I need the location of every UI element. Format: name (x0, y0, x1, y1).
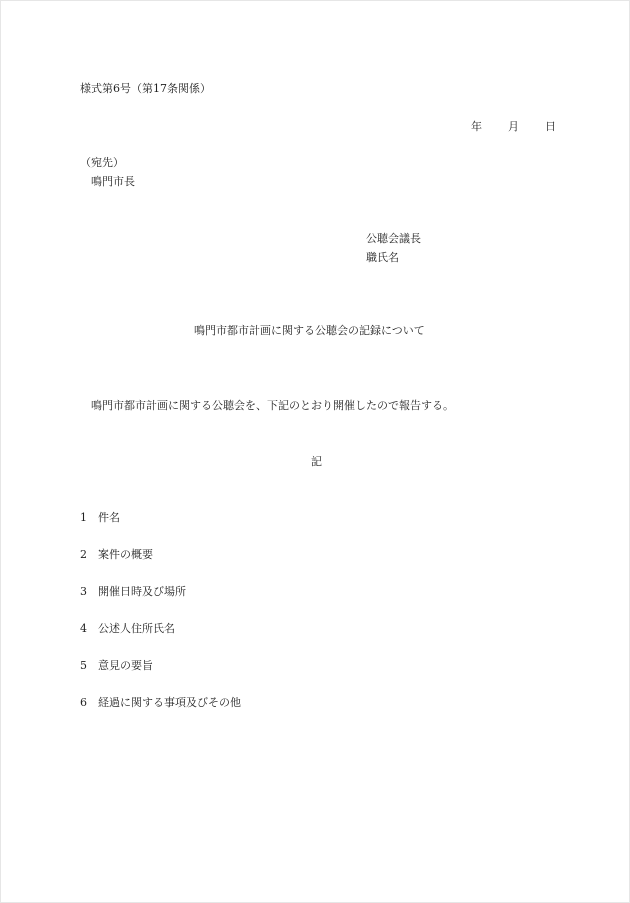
item-number: 4 (80, 623, 98, 634)
sender-title: 公聴会議長 (366, 233, 421, 244)
list-item: 5意見の要旨 (80, 660, 153, 671)
item-number: 1 (80, 512, 98, 523)
list-item: 4公述人住所氏名 (80, 623, 175, 634)
date-line: 年月日 (471, 121, 556, 132)
list-item: 3開催日時及び場所 (80, 586, 186, 597)
document-title: 鳴門市都市計画に関する公聴会の記録について (194, 325, 425, 336)
day-label: 日 (545, 121, 556, 132)
list-item: 1件名 (80, 512, 120, 523)
item-label: 公述人住所氏名 (98, 622, 175, 635)
item-number: 5 (80, 660, 98, 671)
form-number: 様式第6号（第17条関係） (80, 83, 211, 94)
list-item: 2案件の概要 (80, 549, 153, 560)
item-number: 6 (80, 697, 98, 708)
list-item: 6経過に関する事項及びその他 (80, 697, 241, 708)
addressee: 鳴門市長 (91, 176, 135, 187)
document-page: 様式第6号（第17条関係） 年月日 （宛先） 鳴門市長 公聴会議長 職氏名 鳴門… (0, 0, 630, 903)
item-label: 経過に関する事項及びその他 (98, 696, 241, 709)
addressee-label: （宛先） (80, 157, 124, 168)
month-label: 月 (508, 121, 519, 132)
item-label: 開催日時及び場所 (98, 585, 186, 598)
year-label: 年 (471, 121, 482, 132)
ki-heading: 記 (311, 456, 322, 467)
body-text: 鳴門市都市計画に関する公聴会を、下記のとおり開催したので報告する。 (91, 400, 454, 411)
item-label: 件名 (98, 511, 120, 524)
item-number: 3 (80, 586, 98, 597)
sender-name-label: 職氏名 (366, 252, 399, 263)
item-label: 意見の要旨 (98, 659, 153, 672)
item-number: 2 (80, 549, 98, 560)
item-label: 案件の概要 (98, 548, 153, 561)
